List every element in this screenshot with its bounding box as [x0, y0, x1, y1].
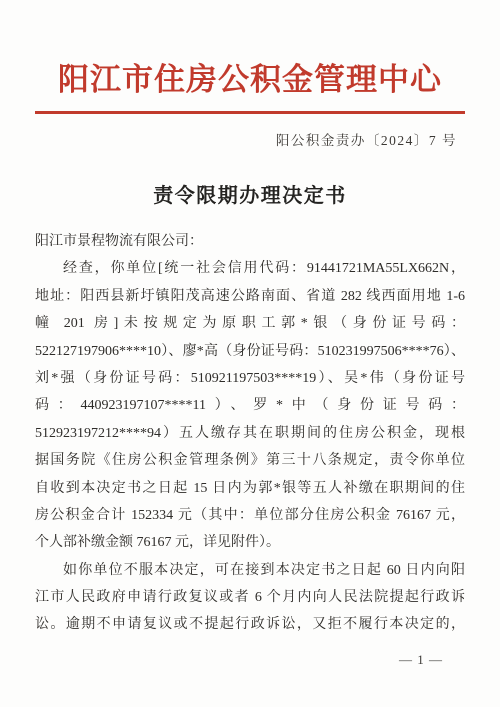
doc-number: 阳公积金责办〔2024〕7 号 [276, 129, 457, 149]
body-line: 刘*强（身份证号码：510921197503****19）、吴*伟（身份证号 [35, 365, 465, 392]
body-line: 江市人民政府申请行政复议或者 6 个月内向人民法院提起行政诉 [35, 584, 465, 611]
body-line: 码：440923197107****11）、罗*中（身份证号码： [35, 392, 465, 419]
doc-title: 责令限期办理决定书 [0, 179, 500, 208]
body-line: 据国务院《住房公积金管理条例》第三十八条规定，责令你单位 [35, 447, 465, 474]
header-divider [35, 111, 465, 114]
body-line: 如你单位不服本决定，可在接到本决定书之日起 60 日内向阳 [35, 557, 465, 584]
body-line: 幢 201 房]未按规定为原职工郭*银（身份证号码： [35, 310, 465, 337]
page-number: — 1 — [399, 652, 443, 668]
body-line: 512923197212****94）五人缴存其在职期间的住房公积金，现根 [35, 420, 465, 447]
body-line: 经查，你单位[统一社会信用代码：91441721MA55LX662N， [35, 255, 465, 282]
body-line: 522127197906****10）、廖*高（身份证号码：5102319975… [35, 338, 465, 365]
org-title: 阳江市住房公积金管理中心 [0, 54, 500, 106]
body-line: 地址：阳西县新圩镇阳茂高速公路南面、省道 282 线西面用地 1-6 [35, 283, 465, 310]
doc-body: 阳江市景程物流有限公司：经查，你单位[统一社会信用代码：91441721MA55… [35, 228, 465, 639]
body-line: 阳江市景程物流有限公司： [35, 228, 465, 255]
body-line: 房公积金合计 152334 元（其中：单位部分住房公积金 76167 元， [35, 502, 465, 529]
body-line: 个人部补缴金额 76167 元，详见附件）。 [35, 529, 465, 556]
body-line: 自收到本决定书之日起 15 日内为郭*银等五人补缴在职期间的住 [35, 475, 465, 502]
body-line: 讼。逾期不申请复议或不提起行政诉讼，又拒不履行本决定的， [35, 611, 465, 638]
document-page: 阳江市住房公积金管理中心 阳公积金责办〔2024〕7 号 责令限期办理决定书 阳… [0, 0, 500, 707]
body-lines: 阳江市景程物流有限公司：经查，你单位[统一社会信用代码：91441721MA55… [35, 228, 465, 639]
